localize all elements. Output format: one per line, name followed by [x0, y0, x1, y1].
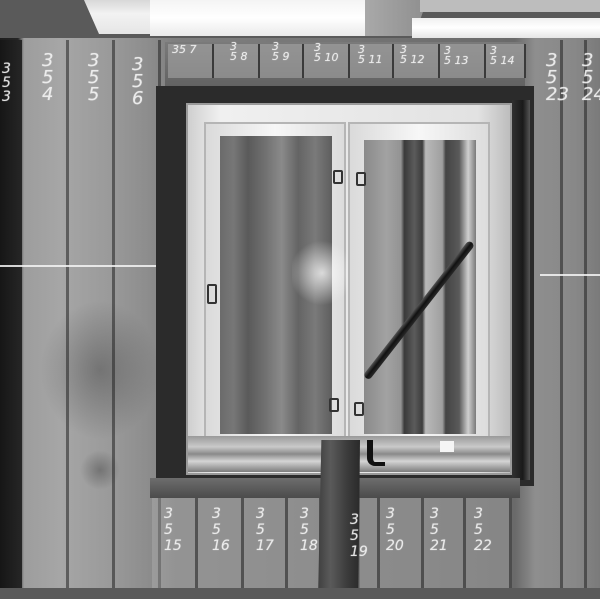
- chalk-number: 3 5 4: [42, 52, 53, 103]
- chalk-number: 3 5 3: [2, 62, 11, 104]
- chalk-number: 3 5 12: [400, 45, 425, 65]
- window-latch-lower-right: [354, 402, 364, 416]
- chalk-number: 3 5 6: [132, 56, 143, 107]
- water-stain: [40, 300, 160, 440]
- floor-edge: [0, 588, 600, 599]
- chalk-number: 3 5 23: [546, 52, 569, 103]
- chalk-number: 3 5 13: [444, 46, 469, 66]
- paper-tag: [440, 441, 454, 452]
- ceiling-board-right: [420, 0, 600, 12]
- chalk-number: 3 5 17: [256, 506, 274, 554]
- chalk-number: 3 5 11: [358, 45, 383, 65]
- window-jamb-right: [512, 100, 530, 480]
- prop-rod-hook: [367, 440, 385, 466]
- photograph: 3 5 3 3 5 4 3 5 5 3 5 6 35 7 3 5 8 3 5 9…: [0, 0, 600, 599]
- chalk-number: 3 5 10: [314, 43, 339, 63]
- chalk-number: 3 5 24: [582, 52, 600, 103]
- dark-spot: [80, 450, 120, 490]
- plank-seam: [584, 40, 587, 599]
- window-hinge-left: [207, 284, 217, 304]
- chalk-number: 3 5 20: [386, 506, 404, 554]
- chalk-number: 3 5 21: [430, 506, 448, 554]
- right-pane-opening: [364, 140, 476, 434]
- light-glare: [292, 238, 352, 308]
- chalk-number: 3 5 9: [272, 42, 290, 62]
- chalk-number: 35 7: [172, 44, 197, 55]
- window-latch-upper-right: [356, 172, 366, 186]
- chalk-number: 3 5 18: [300, 506, 318, 554]
- chalk-number: 3 5 22: [474, 506, 492, 554]
- chalk-number: 3 5 15: [164, 506, 182, 554]
- chalk-number: 3 5 8: [230, 42, 248, 62]
- window-latch-lower: [329, 398, 339, 412]
- chalk-level-line-left: [0, 265, 160, 267]
- chalk-number: 3 5 5: [88, 52, 99, 103]
- plank-seam: [560, 40, 563, 599]
- chalk-number: 3 5 14: [490, 46, 515, 66]
- chalk-number: 3 5 19: [350, 512, 368, 560]
- chalk-number: 3 5 16: [212, 506, 230, 554]
- left-dark-post: [0, 40, 22, 599]
- ceiling-beam-left-face: [150, 0, 365, 36]
- chalk-level-line-right: [540, 274, 600, 276]
- window-latch-upper: [333, 170, 343, 184]
